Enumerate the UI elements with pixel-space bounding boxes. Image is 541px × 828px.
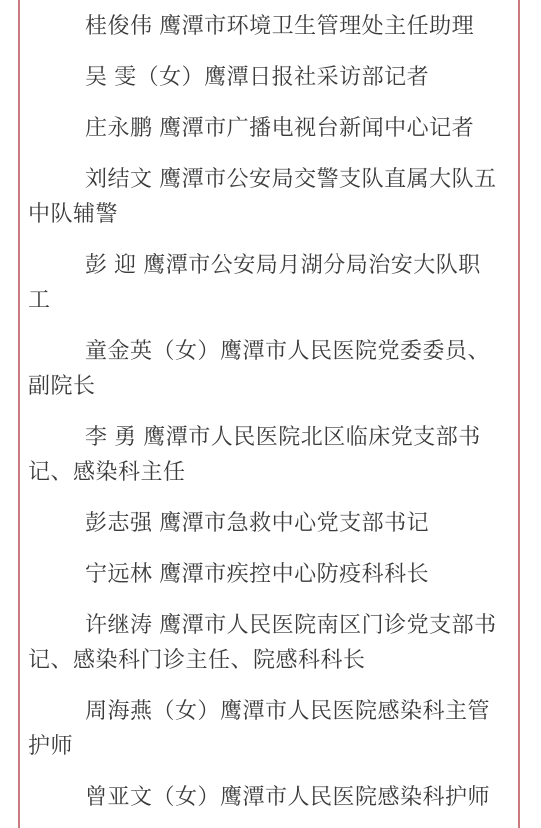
entry-line-first: 彭 迎 鹰潭市公安局月湖分局治安大队职 <box>28 247 516 282</box>
list-entry: 曾亚文（女）鹰潭市人民医院感染科护师 <box>28 779 516 814</box>
document-page: 桂俊伟 鹰潭市环境卫生管理处主任助理吴 雯（女）鹰潭日报社采访部记者庄永鹏 鹰潭… <box>0 0 541 828</box>
left-border-line <box>18 0 20 828</box>
entry-line-continuation: 副院长 <box>28 368 516 403</box>
entry-line-continuation: 记、感染科门诊主任、院感科科长 <box>28 642 516 677</box>
entry-line-first: 许继涛 鹰潭市人民医院南区门诊党支部书 <box>28 607 516 642</box>
entry-line-first: 李 勇 鹰潭市人民医院北区临床党支部书 <box>28 419 516 454</box>
list-entry: 李 勇 鹰潭市人民医院北区临床党支部书记、感染科主任 <box>28 419 516 489</box>
entry-line-first: 童金英（女）鹰潭市人民医院党委委员、 <box>28 333 516 368</box>
list-entry: 周海燕（女）鹰潭市人民医院感染科主管护师 <box>28 693 516 763</box>
list-entry: 宁远林 鹰潭市疾控中心防疫科科长 <box>28 556 516 591</box>
entry-line-first: 桂俊伟 鹰潭市环境卫生管理处主任助理 <box>28 8 516 43</box>
list-entry: 彭 迎 鹰潭市公安局月湖分局治安大队职工 <box>28 247 516 317</box>
entry-line-first: 宁远林 鹰潭市疾控中心防疫科科长 <box>28 556 516 591</box>
list-entry: 彭志强 鹰潭市急救中心党支部书记 <box>28 505 516 540</box>
entry-line-first: 曾亚文（女）鹰潭市人民医院感染科护师 <box>28 779 516 814</box>
list-entry: 桂俊伟 鹰潭市环境卫生管理处主任助理 <box>28 8 516 43</box>
right-border-line <box>518 0 520 828</box>
list-entry: 许继涛 鹰潭市人民医院南区门诊党支部书记、感染科门诊主任、院感科科长 <box>28 607 516 677</box>
list-entry: 吴 雯（女）鹰潭日报社采访部记者 <box>28 59 516 94</box>
entry-line-first: 周海燕（女）鹰潭市人民医院感染科主管 <box>28 693 516 728</box>
entry-line-first: 庄永鹏 鹰潭市广播电视台新闻中心记者 <box>28 110 516 145</box>
entry-line-first: 刘结文 鹰潭市公安局交警支队直属大队五 <box>28 161 516 196</box>
honor-list: 桂俊伟 鹰潭市环境卫生管理处主任助理吴 雯（女）鹰潭日报社采访部记者庄永鹏 鹰潭… <box>28 8 516 814</box>
list-entry: 庄永鹏 鹰潭市广播电视台新闻中心记者 <box>28 110 516 145</box>
entry-line-continuation: 工 <box>28 282 516 317</box>
entry-line-first: 彭志强 鹰潭市急救中心党支部书记 <box>28 505 516 540</box>
list-entry: 刘结文 鹰潭市公安局交警支队直属大队五中队辅警 <box>28 161 516 231</box>
entry-line-continuation: 记、感染科主任 <box>28 454 516 489</box>
list-entry: 童金英（女）鹰潭市人民医院党委委员、副院长 <box>28 333 516 403</box>
entry-line-continuation: 中队辅警 <box>28 196 516 231</box>
entry-line-continuation: 护师 <box>28 728 516 763</box>
entry-line-first: 吴 雯（女）鹰潭日报社采访部记者 <box>28 59 516 94</box>
